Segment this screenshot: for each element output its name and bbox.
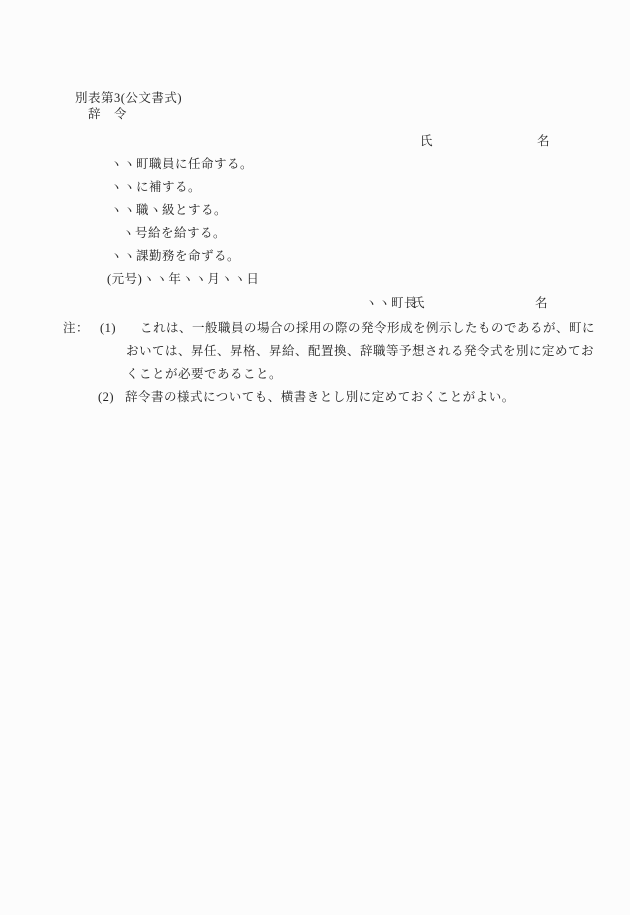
surname-label: 氏 [420, 133, 433, 149]
note-1-number: (1) [100, 320, 116, 336]
signature-surname-label: 氏 [412, 295, 425, 311]
appointment-line: ヽヽ町職員に任命する。 [110, 156, 253, 172]
document-page: 別表第3(公文書式) 辞 令 氏 名 ヽヽ町職員に任命する。 ヽヽに補する。 ヽ… [0, 0, 630, 915]
grade-line: ヽヽ職ヽ級とする。 [110, 202, 227, 218]
note-1-text: これは、一般職員の場合の採用の際の発令形成を例示したものであるが、町に [140, 320, 595, 336]
note-2-line-1: (2) 辞令書の様式についても、横書きとし別に定めておくことがよい。 [0, 389, 630, 453]
givenname-label: 名 [537, 133, 550, 149]
date-line: (元号)ヽヽ年ヽヽ月ヽヽ日 [107, 271, 259, 287]
notes-label: 注： [63, 320, 89, 336]
note-2-number: (2) [98, 389, 114, 405]
appendix-title: 別表第3(公文書式) [75, 90, 182, 106]
name-header-row: 氏 名 [0, 133, 630, 197]
note-1-line-3: くことが必要であること。 [126, 366, 282, 382]
note-2-text: 辞令書の様式についても、横書きとし別に定めておくことがよい。 [125, 389, 515, 405]
note-1-line-1: 注： (1) これは、一般職員の場合の採用の際の発令形成を例示したものであるが、… [0, 320, 630, 400]
salary-step-line: ヽ号給を給する。 [122, 225, 226, 241]
note-1-line-2: おいては、昇任、昇格、昇給、配置換、辞職等予想される発令式を別に定めてお [126, 343, 594, 359]
duty-line: ヽヽ課勤務を命ずる。 [110, 248, 240, 264]
assignment-line: ヽヽに補する。 [110, 179, 201, 195]
signature-givenname-label: 名 [535, 295, 548, 311]
document-heading: 辞 令 [88, 106, 127, 122]
signature-office: ヽヽ町長 [365, 295, 417, 311]
